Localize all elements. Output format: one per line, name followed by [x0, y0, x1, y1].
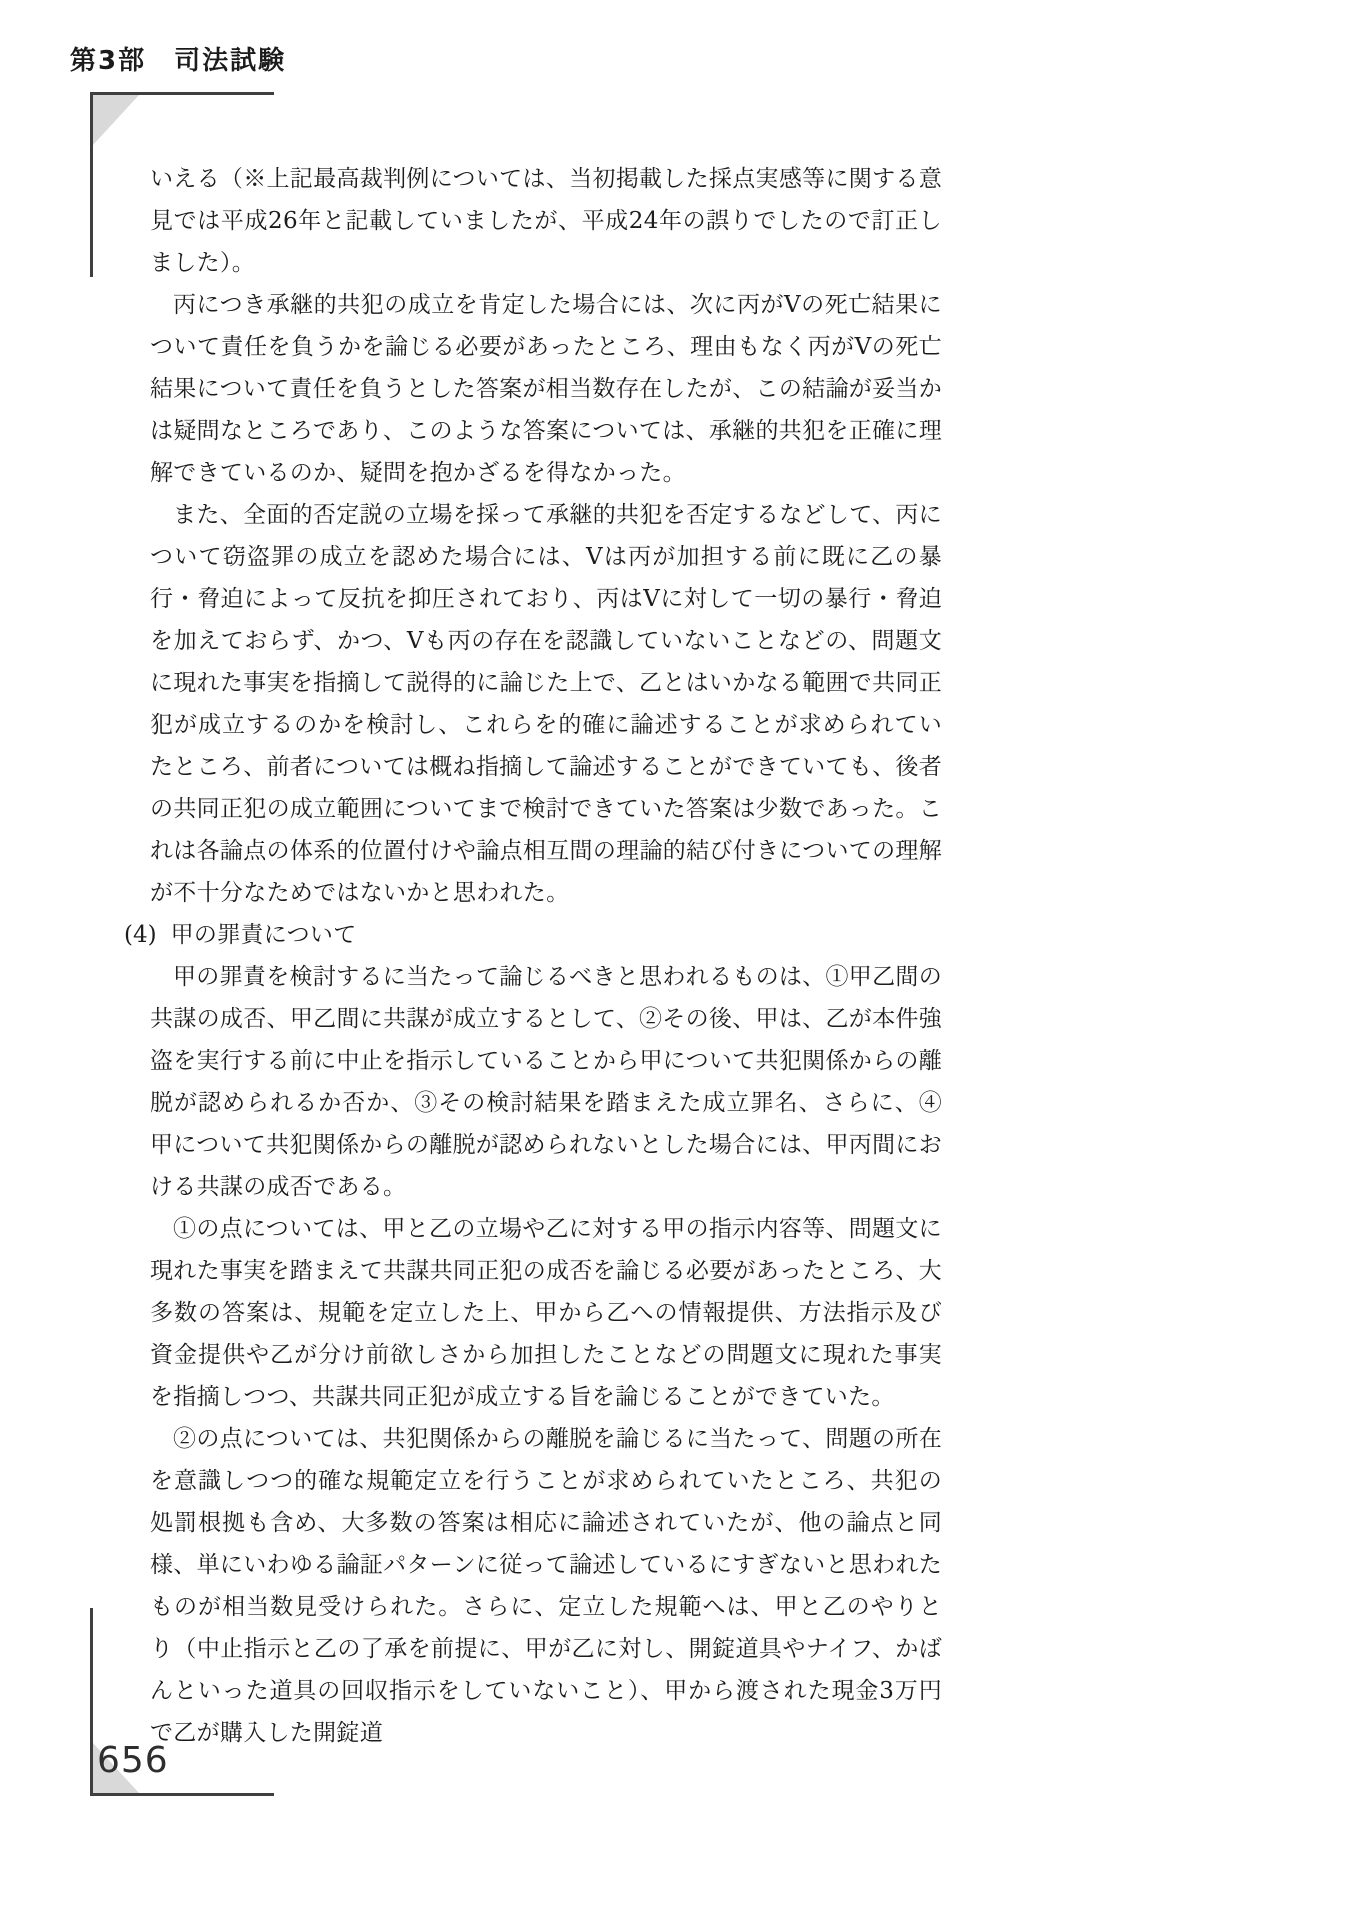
page-number: 656 — [97, 1740, 169, 1781]
body-paragraph: 甲の罪責を検討するに当たって論じるべきと思われるものは、①甲乙間の共謀の成否、甲… — [150, 956, 942, 1208]
corner-triangle-top — [93, 95, 139, 145]
body-paragraph: ②の点については、共犯関係からの離脱を論じるに当たって、問題の所在を意識しつつ的… — [150, 1418, 942, 1754]
section-heading: (4)甲の罪責について — [124, 914, 942, 956]
section-heading-text: 甲の罪責について — [171, 922, 357, 948]
body-paragraph: また、全面的否定説の立場を採って承継的共犯を否定するなどして、丙について窃盗罪の… — [150, 494, 942, 914]
section-heading-number: (4) — [124, 922, 157, 948]
body-paragraph: ①の点については、甲と乙の立場や乙に対する甲の指示内容等、問題文に現れた事実を踏… — [150, 1208, 942, 1418]
body-paragraph: 丙につき承継的共犯の成立を肯定した場合には、次に丙がVの死亡結果について責任を負… — [150, 284, 942, 494]
text-column: いえる（※上記最高裁判例については、当初掲載した採点実感等に関する意見では平成2… — [150, 158, 942, 1754]
book-page: 第3部 司法試験 いえる（※上記最高裁判例については、当初掲載した採点実感等に関… — [0, 0, 1350, 1920]
footer-rule-horizontal — [90, 1793, 274, 1796]
body-paragraph: いえる（※上記最高裁判例については、当初掲載した採点実感等に関する意見では平成2… — [150, 158, 942, 284]
running-head: 第3部 司法試験 — [70, 40, 286, 77]
footer-rule-vertical — [90, 1608, 93, 1796]
